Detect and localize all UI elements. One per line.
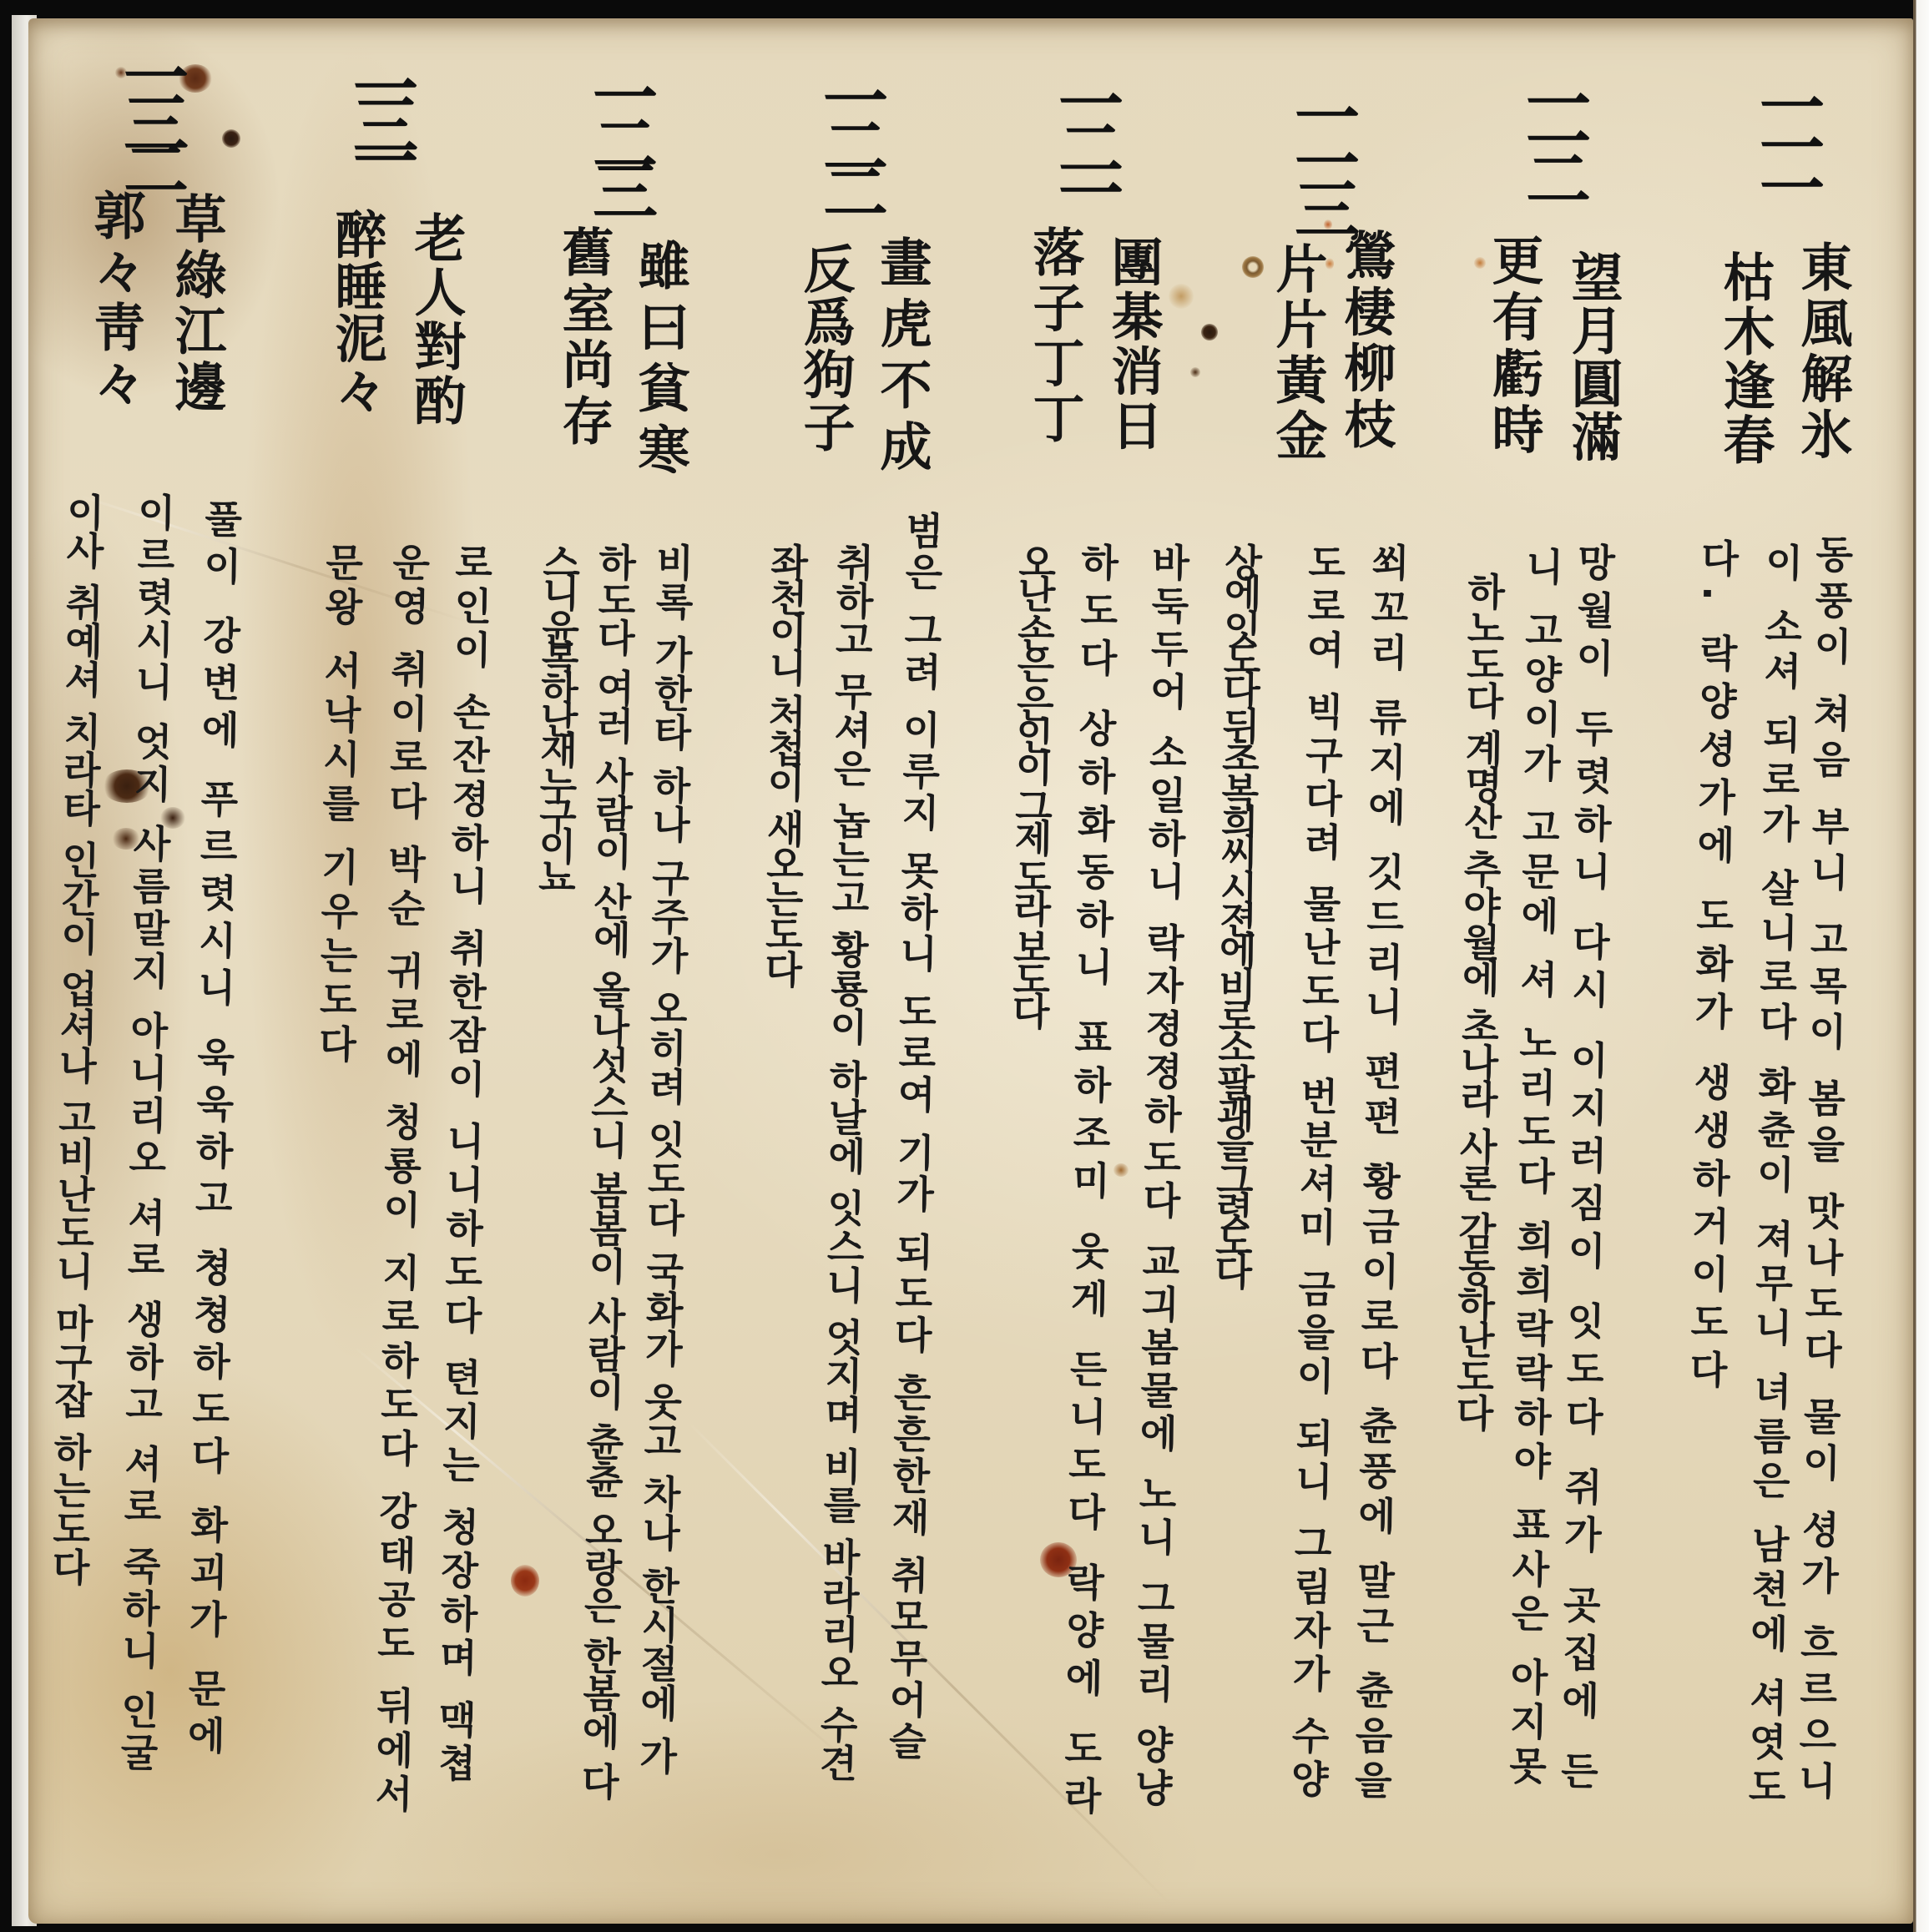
- hanja-phrase-1: 望月圓滿: [1567, 250, 1618, 463]
- entry-number: 一三二: [118, 43, 183, 181]
- entry-number: 一一一: [1754, 73, 1819, 194]
- hanja-phrase-2: 反爲狗子: [799, 242, 851, 453]
- stain-spot: [1113, 1163, 1129, 1177]
- hanja-phrase-2: 醉睡泥々: [331, 208, 382, 416]
- stain-spot: [1201, 324, 1218, 340]
- hangul-line-3: 상에 잇도다 뒤초 복희씨 시젼에 비로소 팔괘을 그렷도다: [1212, 542, 1260, 1283]
- hangul-line-3: 문왕 서낙시를 기우는도다: [316, 542, 361, 1069]
- hangul-line-3: 오난 손은 은인이 그제 도라 보도다: [1009, 542, 1054, 1024]
- hanja-phrase-1: 老人對酌: [410, 211, 462, 428]
- hanja-phrase-2: 落子丁丁: [1028, 225, 1080, 446]
- stain-spot: [222, 129, 240, 148]
- scan-border-right: [1913, 0, 1929, 1932]
- hanja-phrase-1: 東風解氷: [1796, 240, 1848, 463]
- hanja-phrase-2: 更有虧時: [1487, 234, 1539, 459]
- hanja-phrase-2: 舊室尚存: [558, 225, 609, 450]
- rust-spot: [511, 1565, 539, 1597]
- hanja-phrase-1: 雖曰貧寒: [634, 239, 685, 484]
- entry-number: 一一三: [1289, 83, 1354, 221]
- hanja-phrase-2: 枯木逢春: [1719, 250, 1770, 467]
- hanja-phrase-2: 片片黃金: [1271, 242, 1323, 464]
- hanja-phrase-1: 畫虎不成: [876, 235, 927, 481]
- hanja-phrase-1: 草綠江邊: [170, 192, 222, 416]
- manuscript-page: [28, 18, 1913, 1924]
- hanja-phrase-2: 郭々靑々: [89, 189, 141, 412]
- entry-number: 一二三: [587, 63, 652, 204]
- hangul-line-3: 좌천이니 처첩이 새오는도다: [762, 542, 806, 986]
- entry-number: 一三一: [347, 55, 412, 164]
- stain-spot: [1242, 256, 1264, 278]
- hangul-line-3: 다. 락양셩가에 도화가 생생하거이도다: [1687, 538, 1737, 1398]
- hangul-line-3: 스니 윤복하난재 누구이뇨: [535, 542, 578, 888]
- stain-spot: [1190, 367, 1200, 377]
- stain-spot: [1169, 284, 1194, 309]
- hangul-line-3: 하노도다 계명산 추야월에 초나라 사론 감동하난도다: [1453, 572, 1503, 1430]
- entry-number: 一二二: [817, 67, 882, 204]
- hanja-phrase-1: 團棊消日: [1107, 235, 1159, 453]
- entry-number: 一二一: [1053, 70, 1118, 204]
- hanja-phrase-1: 鶯棲柳枝: [1340, 229, 1391, 453]
- entry-number: 一一二: [1520, 70, 1585, 183]
